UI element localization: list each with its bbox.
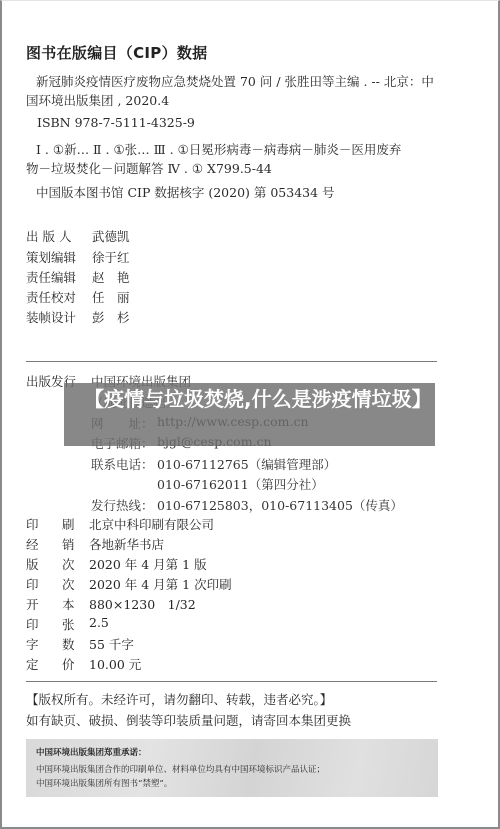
spec-value: 北京中科印刷有限公司 xyxy=(89,515,214,533)
spec-key-2: 次 xyxy=(62,575,75,593)
spec-key-2: 刷 xyxy=(62,515,75,533)
spec-key-1: 开 xyxy=(26,595,39,613)
spec-key-2: 数 xyxy=(62,635,75,653)
credit-value: 彭 杉 xyxy=(92,308,130,326)
cip-title-line-1: 新冠肺炎疫情医疗废物应急焚烧处置 70 问 / 张胜田等主编 . -- 北京：中 xyxy=(36,72,434,90)
divider-bottom xyxy=(26,681,437,682)
phone-branch: 010-67162011（第四分社） xyxy=(157,475,324,493)
credit-label: 责任编辑 xyxy=(26,268,92,286)
spec-key-1: 印 xyxy=(26,515,39,533)
spec-key-2: 销 xyxy=(62,535,75,553)
hotline-label: 发行热线： xyxy=(91,496,154,514)
spec-value: 55 千字 xyxy=(89,635,134,653)
credit-label: 出 版 人 xyxy=(26,227,92,245)
spec-key-1: 印 xyxy=(26,615,39,633)
credit-value: 赵 艳 xyxy=(92,268,130,286)
spec-key-1: 印 xyxy=(26,575,39,593)
credit-row: 出 版 人武德凯 xyxy=(26,227,130,245)
credit-value: 武德凯 xyxy=(92,227,130,245)
hotline-numbers: 010-67125803，010-67113405（传真） xyxy=(157,496,403,514)
spec-key-1: 字 xyxy=(26,635,39,653)
spec-value: 2.5 xyxy=(89,615,109,630)
commitment-line-1: 中国环境出版集团合作的印刷单位、材料单位均具有中国环境标识产品认证； xyxy=(36,763,325,775)
spec-key-2: 张 xyxy=(62,615,75,633)
cip-title-line-2: 国环境出版集团 , 2020.4 xyxy=(26,91,169,109)
credit-label: 装帧设计 xyxy=(26,308,92,326)
credit-value: 徐于红 xyxy=(92,248,130,266)
spec-value: 各地新华书店 xyxy=(89,535,164,553)
copyright-notice: 【版权所有。未经许可，请勿翻印、转载，违者必究。】 xyxy=(26,690,332,708)
credit-label: 策划编辑 xyxy=(26,248,92,266)
replacement-notice: 如有缺页、破损、倒装等印装质量问题，请寄回本集团更换 xyxy=(26,711,351,729)
commitment-title: 中国环境出版集团郑重承诺： xyxy=(36,746,147,758)
spec-value: 2020 年 4 月第 1 次印刷 xyxy=(89,575,232,593)
phone-label: 联系电话： xyxy=(91,455,154,473)
spec-key-2: 本 xyxy=(62,595,75,613)
spec-key-1: 定 xyxy=(26,655,39,673)
cip-heading: 图书在版编目（CIP）数据 xyxy=(26,42,207,63)
spec-value: 10.00 元 xyxy=(89,655,141,673)
spec-key-2: 次 xyxy=(62,555,75,573)
cip-classification-line-1: Ⅰ . ①新… Ⅱ . ①张… Ⅲ . ①日冕形病毒－病毒病－肺炎－医用废弃 xyxy=(36,140,401,158)
publisher-commitment-box: 中国环境出版集团郑重承诺： 中国环境出版集团合作的印刷单位、材料单位均具有中国环… xyxy=(26,739,438,797)
spec-value: 880×1230 1/32 xyxy=(89,595,196,613)
commitment-line-2: 中国环境出版集团所有图书“禁塑”。 xyxy=(36,777,172,789)
spec-value: 2020 年 4 月第 1 版 xyxy=(89,555,207,573)
credit-row: 装帧设计彭 杉 xyxy=(26,308,130,326)
spec-key-2: 价 xyxy=(62,655,75,673)
credit-row: 责任编辑赵 艳 xyxy=(26,268,130,286)
divider-top xyxy=(26,361,437,362)
credit-label: 责任校对 xyxy=(26,288,92,306)
credit-value: 任 丽 xyxy=(92,288,130,306)
cip-record-number: 中国版本图书馆 CIP 数据核字 (2020) 第 053434 号 xyxy=(36,183,335,201)
spec-key-1: 经 xyxy=(26,535,39,553)
credit-row: 责任校对任 丽 xyxy=(26,288,130,306)
cip-isbn: ISBN 978-7-5111-4325-9 xyxy=(37,115,195,130)
phone-editorial: 010-67112765（编辑管理部） xyxy=(157,455,336,473)
credit-row: 策划编辑徐于红 xyxy=(26,248,130,266)
cip-classification-line-2: 物－垃圾焚化－问题解答 Ⅳ . ① X799.5-44 xyxy=(26,159,272,177)
spec-key-1: 版 xyxy=(26,555,39,573)
article-title[interactable]: 【疫情与垃圾焚烧,什么是涉疫情垃圾】 xyxy=(84,386,429,413)
article-title-overlay[interactable]: 【疫情与垃圾焚烧,什么是涉疫情垃圾】 xyxy=(64,383,435,446)
